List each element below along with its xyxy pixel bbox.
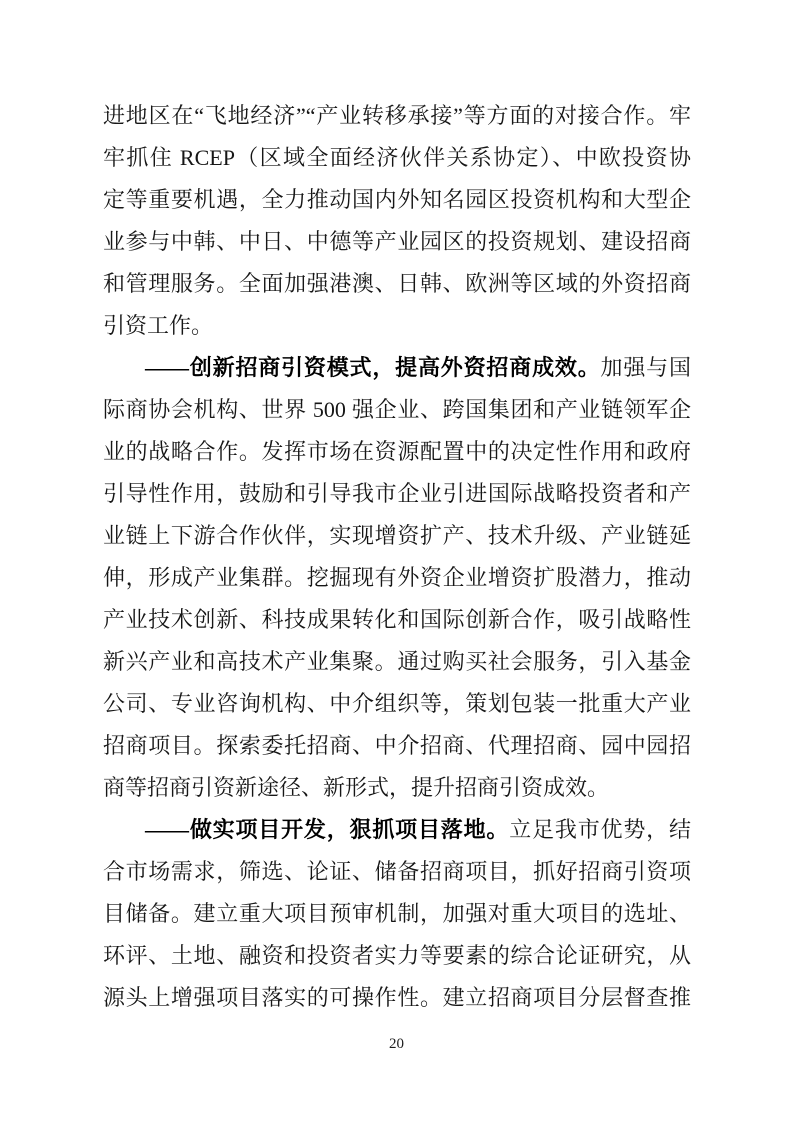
text-line: 产业技术创新、科技成果转化和国际创新合作，吸引战略性 (103, 599, 691, 641)
text-line: ——做实项目开发，狠抓项目落地。立足我市优势，结 (103, 809, 691, 851)
text-line: 公司、专业咨询机构、中介组织等，策划包装一批重大产业 (103, 683, 691, 725)
paragraph-text: 源头上增强项目落实的可操作性。建立招商项目分层督查推 (103, 985, 691, 1010)
paragraph-lead-bold: ——创新招商引资模式，提高外资招商成效。 (145, 355, 601, 380)
text-line: 引导性作用，鼓励和引导我市企业引进国际战略投资者和产 (103, 473, 691, 515)
paragraph-text: 伸，形成产业集群。挖掘现有外资企业增资扩股潜力，推动 (103, 565, 691, 590)
document-body: 进地区在“飞地经济”“产业转移承接”等方面的对接合作。牢牢抓住 RCEP（区域全… (103, 95, 691, 1019)
text-line: 新兴产业和高技术产业集聚。通过购买社会服务，引入基金 (103, 641, 691, 683)
text-line: 目储备。建立重大项目预审机制，加强对重大项目的选址、 (103, 893, 691, 935)
paragraph-text: 立足我市优势，结 (509, 817, 691, 842)
text-line: 引资工作。 (103, 305, 691, 347)
paragraph-text: 新兴产业和高技术产业集聚。通过购买社会服务，引入基金 (103, 649, 691, 674)
paragraph-text: 引资工作。 (103, 313, 213, 338)
text-line: 招商项目。探索委托招商、中介招商、代理招商、园中园招 (103, 725, 691, 767)
paragraph-text: 合市场需求，筛选、论证、储备招商项目，抓好招商引资项 (103, 859, 691, 884)
paragraph-text: 环评、土地、融资和投资者实力等要素的综合论证研究，从 (103, 943, 691, 968)
paragraph-text: 目储备。建立重大项目预审机制，加强对重大项目的选址、 (103, 901, 691, 926)
paragraph-text: 公司、专业咨询机构、中介组织等，策划包装一批重大产业 (103, 691, 691, 716)
text-line: 合市场需求，筛选、论证、储备招商项目，抓好招商引资项 (103, 851, 691, 893)
paragraph-text: 业的战略合作。发挥市场在资源配置中的决定性作用和政府 (103, 439, 691, 464)
paragraph-text: 引导性作用，鼓励和引导我市企业引进国际战略投资者和产 (103, 481, 691, 506)
text-line: ——创新招商引资模式，提高外资招商成效。加强与国 (103, 347, 691, 389)
paragraph-lead-bold: ——做实项目开发，狠抓项目落地。 (145, 817, 509, 842)
text-line: 伸，形成产业集群。挖掘现有外资企业增资扩股潜力，推动 (103, 557, 691, 599)
text-line: 进地区在“飞地经济”“产业转移承接”等方面的对接合作。牢 (103, 95, 691, 137)
document-page: 进地区在“飞地经济”“产业转移承接”等方面的对接合作。牢牢抓住 RCEP（区域全… (0, 0, 793, 1122)
paragraph-text: 商等招商引资新途径、新形式，提升招商引资成效。 (103, 775, 609, 800)
text-line: 商等招商引资新途径、新形式，提升招商引资成效。 (103, 767, 691, 809)
paragraph-text: 业链上下游合作伙伴，实现增资扩产、技术升级、产业链延 (103, 523, 691, 548)
paragraph-text: 招商项目。探索委托招商、中介招商、代理招商、园中园招 (103, 733, 691, 758)
page-number: 20 (0, 1036, 793, 1053)
text-line: 业的战略合作。发挥市场在资源配置中的决定性作用和政府 (103, 431, 691, 473)
paragraph-text: 和管理服务。全面加强港澳、日韩、欧洲等区域的外资招商 (103, 271, 691, 296)
text-line: 际商协会机构、世界 500 强企业、跨国集团和产业链领军企 (103, 389, 691, 431)
text-line: 定等重要机遇，全力推动国内外知名园区投资机构和大型企 (103, 179, 691, 221)
text-line: 业链上下游合作伙伴，实现增资扩产、技术升级、产业链延 (103, 515, 691, 557)
text-line: 业参与中韩、中日、中德等产业园区的投资规划、建设招商 (103, 221, 691, 263)
paragraph-text: 进地区在“飞地经济”“产业转移承接”等方面的对接合作。牢 (103, 103, 691, 128)
paragraph-text: 业参与中韩、中日、中德等产业园区的投资规划、建设招商 (103, 229, 691, 254)
paragraph-text: 产业技术创新、科技成果转化和国际创新合作，吸引战略性 (103, 607, 691, 632)
text-line: 牢抓住 RCEP（区域全面经济伙伴关系协定）、中欧投资协 (103, 137, 691, 179)
text-line: 环评、土地、融资和投资者实力等要素的综合论证研究，从 (103, 935, 691, 977)
paragraph-text: 加强与国 (601, 355, 691, 380)
paragraph-text: 牢抓住 RCEP（区域全面经济伙伴关系协定）、中欧投资协 (103, 145, 691, 170)
text-line: 和管理服务。全面加强港澳、日韩、欧洲等区域的外资招商 (103, 263, 691, 305)
text-line: 源头上增强项目落实的可操作性。建立招商项目分层督查推 (103, 977, 691, 1019)
paragraph-text: 定等重要机遇，全力推动国内外知名园区投资机构和大型企 (103, 187, 691, 212)
paragraph-text: 际商协会机构、世界 500 强企业、跨国集团和产业链领军企 (103, 397, 691, 422)
